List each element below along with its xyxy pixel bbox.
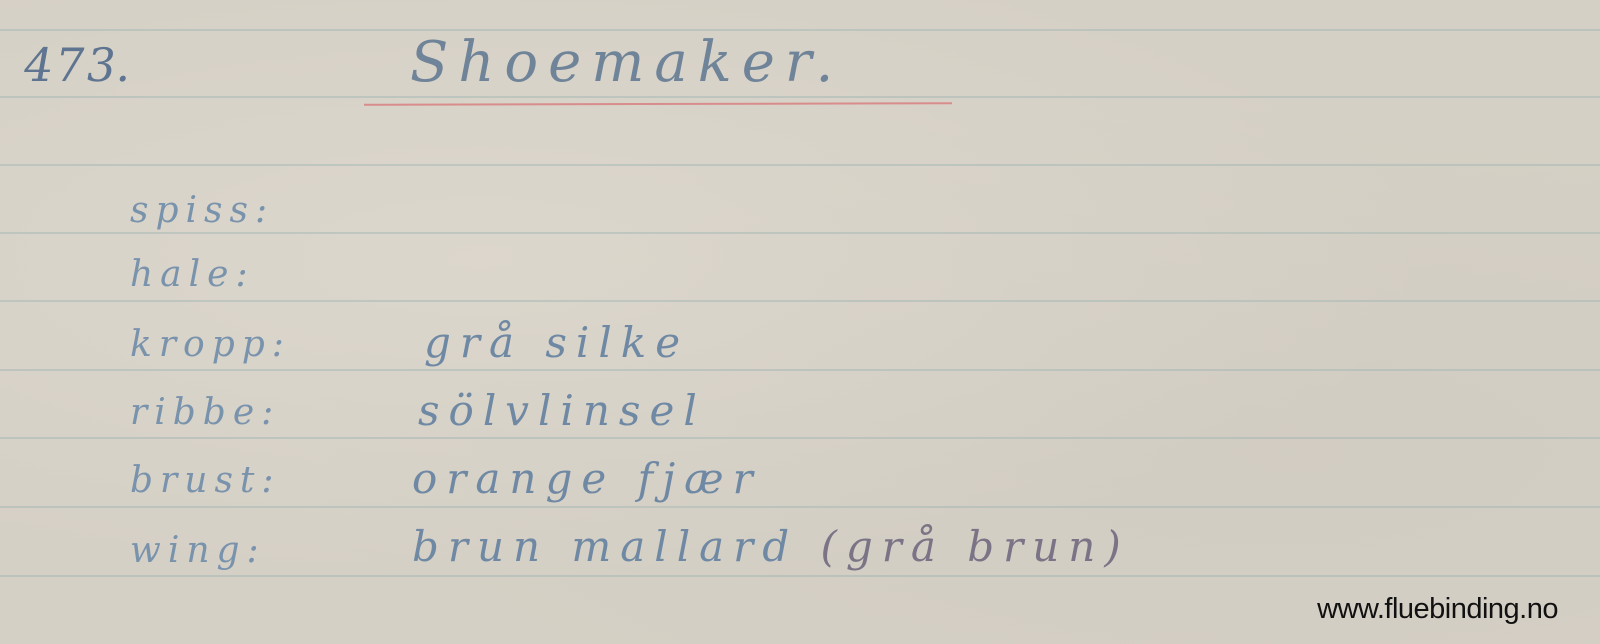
pattern-title: Shoemaker. <box>410 30 843 95</box>
ruled-line <box>0 575 1600 577</box>
field-value-wing: brun mallard (grå brun) <box>412 522 1130 571</box>
field-label-brust: brust: <box>130 460 281 501</box>
field-label-kropp: kropp: <box>130 324 291 365</box>
ruled-line <box>0 164 1600 166</box>
field-value-wing-main: brun mallard <box>412 522 798 571</box>
entry-number: 473. <box>19 38 139 92</box>
field-label-ribbe: ribbe: <box>130 392 280 433</box>
ruled-line <box>0 369 1600 371</box>
title-underline <box>364 102 952 106</box>
field-label-hale: hale: <box>130 254 255 295</box>
field-value-kropp: grå silke <box>424 318 689 367</box>
ruled-line <box>0 506 1600 508</box>
notebook-page: 473. Shoemaker. spiss: hale: kropp: ribb… <box>0 0 1600 644</box>
ruled-line <box>0 232 1600 234</box>
field-label-spiss: spiss: <box>130 190 274 231</box>
ruled-line <box>0 96 1600 98</box>
ruled-line <box>0 437 1600 439</box>
field-value-ribbe: sölvlinsel <box>418 386 706 435</box>
field-value-brust: orange fjær <box>412 454 762 503</box>
ruled-line <box>0 300 1600 302</box>
field-value-wing-aside: (grå brun) <box>821 522 1130 571</box>
watermark-url: www.fluebinding.no <box>1317 593 1558 626</box>
field-label-wing: wing: <box>130 530 266 571</box>
